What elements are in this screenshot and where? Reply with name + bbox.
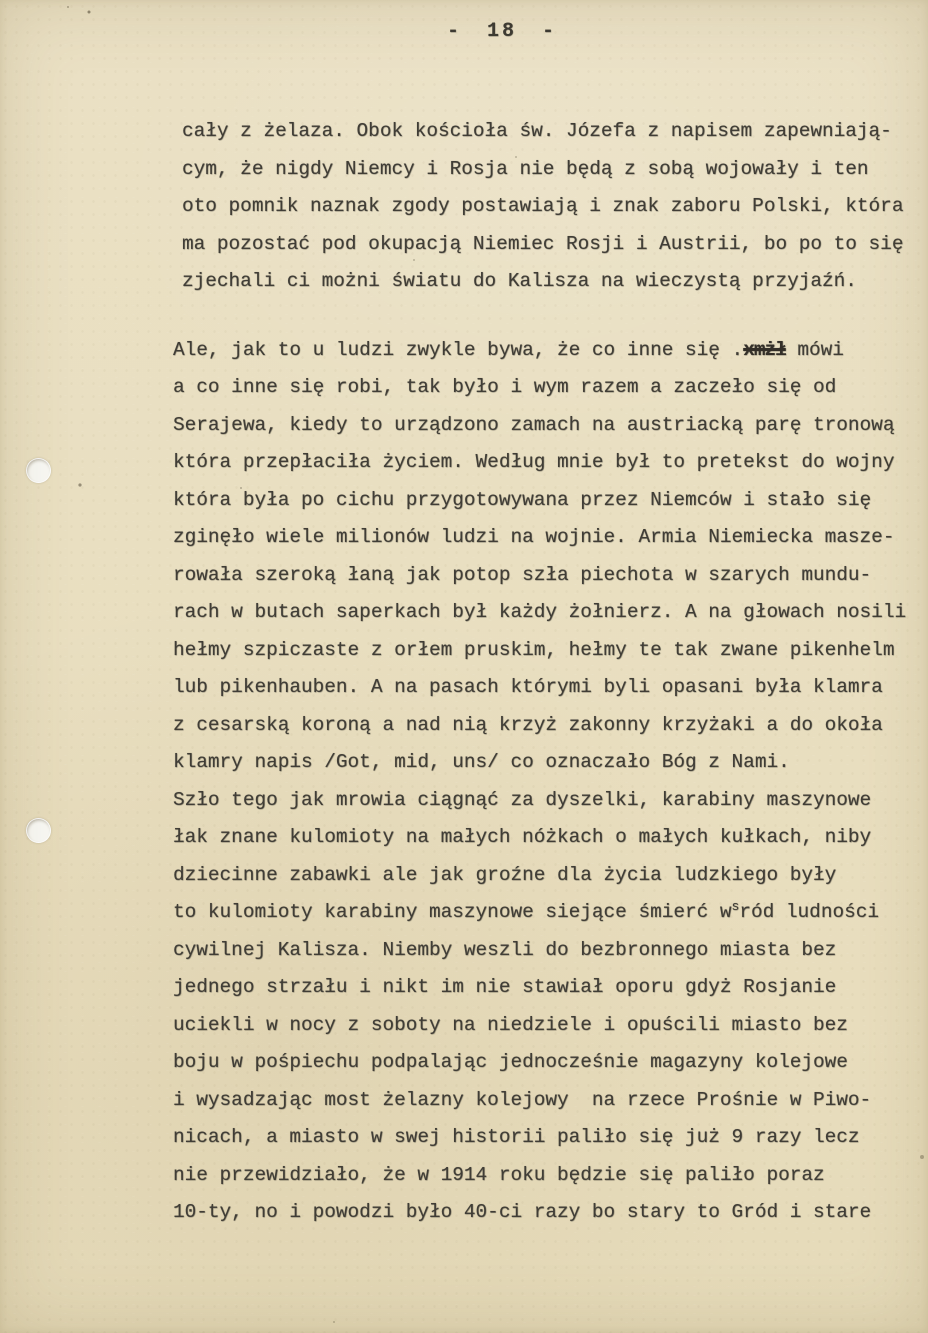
typewritten-line: dziecinne zabawki ale jak groźne dla życ… xyxy=(173,857,918,895)
typewritten-line: zjechali ci możni światu do Kalisza na w… xyxy=(182,263,918,301)
typewritten-line: oto pomnik naznak zgody postawiają i zna… xyxy=(182,188,918,226)
typewritten-line: boju w pośpiechu podpalając jednocześnie… xyxy=(173,1044,918,1082)
typewritten-line: to kulomioty karabiny maszynowe siejące … xyxy=(173,894,918,932)
typewritten-line: cały z żelaza. Obok kościoła św. Józefa … xyxy=(182,113,918,151)
line-segment: mówi xyxy=(786,339,844,361)
typewritten-line: łak znane kulomioty na małych nóżkach o … xyxy=(173,819,918,857)
typewritten-line: rach w butach saperkach był każdy żołnie… xyxy=(173,594,918,632)
paragraph-2: Ale, jak to u ludzi zwykle bywa, że co i… xyxy=(173,332,918,1232)
hole-punch-top xyxy=(26,458,51,483)
typewritten-line: z cesarską koroną a nad nią krzyż zakonn… xyxy=(173,707,918,745)
struck-out-word: xmżł xyxy=(743,339,786,361)
scanned-page: - 18 - cały z żelaza. Obok kościoła św. … xyxy=(0,0,928,1333)
typewritten-line: a co inne się robi, tak było i wym razem… xyxy=(173,369,918,407)
typewritten-line: która przepłaciła życiem. Według mnie by… xyxy=(173,444,918,482)
typewritten-line: cywilnej Kalisza. Niemby weszli do bezbr… xyxy=(173,932,918,970)
line-segment: ród ludności xyxy=(739,901,879,923)
typewritten-line: hełmy szpiczaste z orłem pruskim, hełmy … xyxy=(173,632,918,670)
paper-specks xyxy=(0,0,2,2)
typewritten-line: i wysadzając most żelazny kolejowy na rz… xyxy=(173,1082,918,1120)
line-segment: to kulomioty karabiny maszynowe siejące … xyxy=(173,901,732,923)
typewritten-line: Serajewa, kiedy to urządzono zamach na a… xyxy=(173,407,918,445)
typewritten-line: rowała szeroką łaną jak potop szła piech… xyxy=(173,557,918,595)
paragraph-1: cały z żelaza. Obok kościoła św. Józefa … xyxy=(182,113,918,301)
page-number: - 18 - xyxy=(0,20,928,43)
typewritten-line: uciekli w nocy z soboty na niedziele i o… xyxy=(173,1007,918,1045)
typewritten-line: jednego strzału i nikt im nie stawiał op… xyxy=(173,969,918,1007)
typewritten-line: klamry napis /Got, mid, uns/ co oznaczał… xyxy=(173,744,918,782)
hole-punch-bottom xyxy=(26,818,51,843)
typewritten-line: która była po cichu przygotowywana przez… xyxy=(173,482,918,520)
typewritten-line: Ale, jak to u ludzi zwykle bywa, że co i… xyxy=(173,332,918,370)
typewritten-line: cym, że nigdy Niemcy i Rosja nie będą z … xyxy=(182,151,918,189)
typewritten-line: nicach, a miasto w swej historii paliło … xyxy=(173,1119,918,1157)
typewritten-line: Szło tego jak mrowia ciągnąć za dyszelki… xyxy=(173,782,918,820)
typewritten-line: zginęło wiele milionów ludzi na wojnie. … xyxy=(173,519,918,557)
typewritten-line: ma pozostać pod okupacją Niemiec Rosji i… xyxy=(182,226,918,264)
typewritten-text: cały z żelaza. Obok kościoła św. Józefa … xyxy=(173,113,918,1232)
typewritten-line: 10-ty, no i powodzi było 40-ci razy bo s… xyxy=(173,1194,918,1232)
line-segment: Ale, jak to u ludzi zwykle bywa, że co i… xyxy=(173,339,743,361)
typewritten-line: nie przewidziało, że w 1914 roku będzie … xyxy=(173,1157,918,1195)
typewritten-line: lub pikenhauben. A na pasach którymi byl… xyxy=(173,669,918,707)
